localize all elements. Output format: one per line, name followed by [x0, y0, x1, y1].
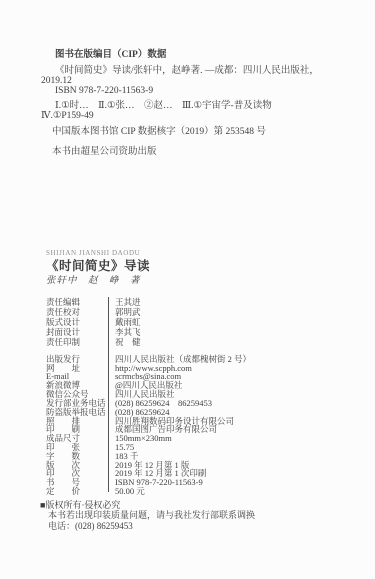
title-pinyin: SHIJIAN JIANSHI DAODU	[46, 249, 375, 257]
credits-table: 责任编辑 王其进 责任校对 郭明武 版式设计 戴雨虹 封面设计 李其飞 责任印制…	[46, 296, 375, 494]
credit-row: 发行部业务电话 (028) 86259624 86259453	[46, 397, 375, 406]
cip-isbn: ISBN 978-7-220-11563-9	[55, 86, 347, 96]
book-authors: 张轩中 赵 峥 著	[46, 276, 375, 286]
cip-entry-line1: 《时间简史》导读/张轩中，赵峥著. —成都：四川人民出版社，	[55, 66, 347, 76]
credit-row: 责任校对 郭明武	[46, 306, 375, 316]
title-block: SHIJIAN JIANSHI DAODU 《时间简史》导读 张轩中 赵 峥 著	[46, 249, 375, 286]
credit-value: 50.00 元	[115, 485, 145, 497]
cip-classification-line1: Ⅰ.①时… Ⅱ.①张… ②赵… Ⅲ.①宇宙学-普及读物	[55, 101, 347, 111]
contact-phone: 电话：(028) 86259453	[48, 521, 375, 532]
credits-gap	[46, 346, 375, 353]
funding-note: 本书由超星公司资助出版	[52, 147, 347, 157]
credit-row: 印刷 成都国图广告印务有限公司	[46, 423, 375, 432]
credit-row: 书号 ISBN 978-7-220-11563-9	[46, 476, 375, 485]
credit-row: 印次 2019 年 12 月第 1 次印刷	[46, 467, 375, 476]
credit-label: 责任印制	[46, 336, 80, 348]
cip-block: 图书在版编目（CIP）数据 《时间简史》导读/张轩中，赵峥著. —成都：四川人民…	[0, 0, 375, 157]
credit-value: 祝 健	[115, 336, 141, 348]
credit-row: 版式设计 戴雨虹	[46, 316, 375, 326]
credit-row: E-mail scrmcbs@sina.com	[46, 371, 375, 380]
credit-row: 出版发行 四川人民出版社（成都槐树街 2 号）	[46, 353, 375, 362]
credit-row: 封面设计 李其飞	[46, 326, 375, 336]
cip-entry-line2: 2019.12	[41, 76, 347, 86]
credit-row: 版次 2019 年 12 月第 1 版	[46, 459, 375, 468]
credit-row: 印张 15.75	[46, 441, 375, 450]
quality-exchange-note: 本书若出现印装质量问题，请与我社发行部联系调换	[48, 510, 375, 521]
staff-credit-rows: 责任编辑 王其进 责任校对 郭明武 版式设计 戴雨虹 封面设计 李其飞 责任印制…	[46, 296, 375, 346]
book-title: 《时间简史》导读	[46, 259, 375, 273]
copyright-notice-text: 版权所有·侵权必究	[45, 500, 120, 510]
copyright-notice: ■版权所有·侵权必究 本书若出现印装质量问题，请与我社发行部联系调换 电话：(0…	[40, 500, 375, 532]
credit-row: 微信公众号 四川人民出版社	[46, 388, 375, 397]
credit-row: 字数 183 千	[46, 450, 375, 459]
credit-row: 责任印制 祝 健	[46, 336, 375, 346]
cip-heading: 图书在版编目（CIP）数据	[55, 50, 347, 60]
credit-row: 责任编辑 王其进	[46, 296, 375, 306]
publishing-credit-rows: 出版发行 四川人民出版社（成都槐树街 2 号） 网址 http://www.sc…	[46, 353, 375, 494]
copyright-notice-title: ■版权所有·侵权必究	[40, 500, 375, 511]
credit-row: 新浪微博 @四川人民出版社	[46, 379, 375, 388]
credit-row: 定价 50.00 元	[46, 485, 375, 494]
divider-line	[108, 297, 109, 492]
copyright-page: 图书在版编目（CIP）数据 《时间简史》导读/张轩中，赵峥著. —成都：四川人民…	[0, 0, 375, 579]
cip-record-number: 中国版本图书馆 CIP 数据核字（2019）第 253548 号	[52, 127, 347, 137]
credit-label: 定价	[46, 485, 80, 497]
cip-classification-line2: Ⅳ.①P159-49	[41, 111, 347, 121]
